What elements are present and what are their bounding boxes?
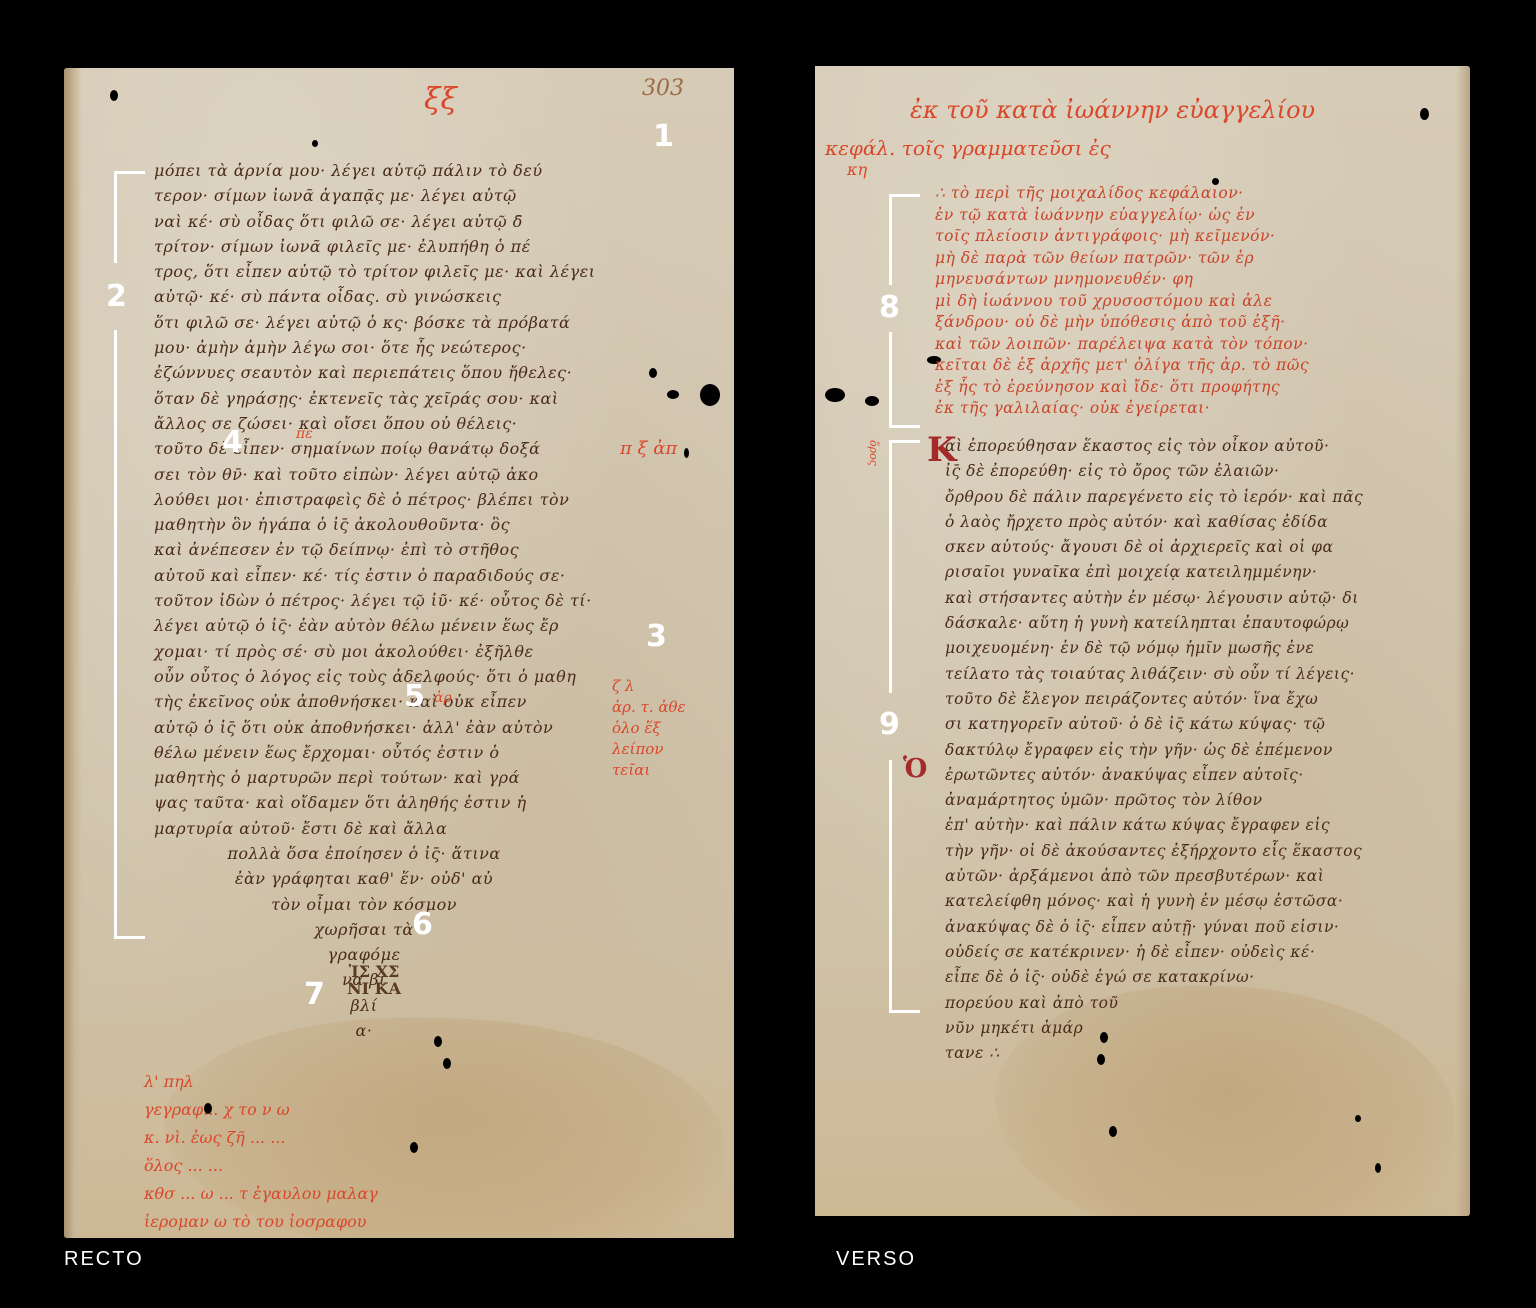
text-line: δάσκαλε· αὕτη ἡ γυνὴ κατείληπται ἐπαυτοφ… <box>945 611 1363 636</box>
wormhole <box>312 140 318 147</box>
text-line: ἐζώννυες σεαυτὸν καὶ περιεπάτεις ὅπου ἤθ… <box>154 360 596 385</box>
text-line: ἀρ. τ. ἀθε <box>612 697 686 718</box>
annotation-9: 9 <box>879 710 900 740</box>
monogram: ἸΣ ΧΣ ΝΙ ΚΑ <box>334 963 414 997</box>
text-line: ἰς̄ δὲ ἐπορεύθη· εἰς τὸ ὄρος τῶν ἐλαιῶν· <box>945 459 1363 484</box>
annotation-5: 5 <box>404 682 425 712</box>
text-line: ὅτι φιλῶ σε· λέγει αὐτῷ ὁ κς· βόσκε τὰ π… <box>154 310 596 335</box>
text-line: ∴ τὸ περὶ τῆς μοιχαλίδος κεφάλαιον· <box>935 183 1309 205</box>
text-line: λούθει μοι· ἐπιστραφεὶς δὲ ὁ πέτρος· βλέ… <box>154 487 596 512</box>
text-line: μαθητὴν ὃν ἠγάπα ὁ ἰς̄ ἀκολουθοῦντα· ὃς <box>154 512 596 537</box>
bracket-9-top <box>889 440 920 693</box>
annotation-7: 7 <box>304 980 325 1010</box>
text-line: ἄλλος σε ζώσει· καὶ οἴσει ὅπου οὐ θέλεις… <box>154 411 596 436</box>
text-line: κθσ ... ω ... τ ἐγαυλου μαλαγ <box>144 1180 378 1208</box>
text-line: καὶ τῶν λοιπῶν· παρέλειψα κατὰ τὸν τόπον… <box>935 334 1309 356</box>
text-line: ὅλος ... ... <box>144 1152 378 1180</box>
text-line: κ. νὶ. ἐως ζῆ ... ... <box>144 1124 378 1152</box>
text-line: τεῖαι <box>612 760 686 781</box>
text-line: νῦν μηκέτι ἁμάρ <box>945 1016 1363 1041</box>
main-text: μόπει τὰ ἀρνία μου· λέγει αὐτῷ πάλιν τὸ … <box>154 158 596 841</box>
main-text: αὶ ἐπορεύθησαν ἕκαστος εἰς τὸν οἶκον αὐτ… <box>945 434 1363 1066</box>
text-line: τοῖς πλείοσιν ἀντιγράφοις· μὴ κεῖμενόν· <box>935 226 1309 248</box>
verso-header-line-2: κεφάλ. τοῖς γραμματεῦσι ἐς <box>825 136 1111 160</box>
text-line: τοῦτο δὲ εἶπεν· σημαίνων ποίῳ θανάτῳ δοξ… <box>154 436 596 461</box>
text-line: ἀνακύψας δὲ ὁ ἰς̄· εἶπεν αὐτῇ· γύναι ποῦ… <box>945 915 1363 940</box>
text-line: πορεύου καὶ ἀπὸ τοῦ <box>945 991 1363 1016</box>
text-line: ἐν τῷ κατὰ ἰωάννην εὐαγγελίῳ· ὡς ἐν <box>935 205 1309 227</box>
red-inline-note: ἀρ <box>434 690 452 706</box>
text-line: ὄρθρου δὲ πάλιν παρεγένετο εἰς τὸ ἱερόν·… <box>945 485 1363 510</box>
text-line: τοῦτο δὲ ἔλεγον πειράζοντες αὐτόν· ἵνα ἔ… <box>945 687 1363 712</box>
annotation-2: 2 <box>106 282 127 312</box>
text-line: ἀναμάρτητος ὑμῶν· πρῶτος τὸν λίθον <box>945 788 1363 813</box>
text-line: αὐτῷ ὁ ἰς̄ ὅτι οὐκ ἀποθνήσκει· ἀλλ' ἐὰν … <box>154 715 596 740</box>
text-line: αὐτοῦ καὶ εἶπεν· κέ· τίς ἐστιν ὁ παραδιδ… <box>154 563 596 588</box>
bracket-8-bottom <box>889 332 920 428</box>
wormhole <box>110 90 118 101</box>
margin-note-top: π ξ ἀπ <box>620 438 677 459</box>
text-line: κεῖται δὲ ἐξ ἀρχῆς μετ' ὀλίγα τῆς ἀρ. τὸ… <box>935 355 1309 377</box>
rubricated-chapter-heading: ∴ τὸ περὶ τῆς μοιχαλίδος κεφάλαιον·ἐν τῷ… <box>935 183 1309 420</box>
wormhole <box>700 384 720 406</box>
text-line: τανε ∴ <box>945 1041 1363 1066</box>
annotation-3: 3 <box>646 622 667 652</box>
text-line: αὐτῶν· ἀρξάμενοι ἀπὸ τῶν πρεσβυτέρων· κα… <box>945 864 1363 889</box>
text-line: οὖν οὗτος ὁ λόγος εἰς τοὺς ἀδελφούς· ὅτι… <box>154 664 596 689</box>
wormhole <box>1375 1163 1381 1173</box>
text-line: τὴν γῆν· οἱ δὲ ἀκούσαντες ἐξήρχοντο εἷς … <box>945 839 1363 864</box>
text-line: μαθητὴς ὁ μαρτυρῶν περὶ τούτων· καὶ γρά <box>154 765 596 790</box>
text-line: οὐδείς σε κατέκρινεν· ἡ δὲ εἶπεν· οὐδεὶς… <box>945 940 1363 965</box>
text-line: ὁ λαὸς ἤρχετο πρὸς αὐτόν· καὶ καθίσας ἐδ… <box>945 510 1363 535</box>
text-line: τὴς ἐκεῖνος οὐκ ἀποθνήσκει· καὶ οὐκ εἶπε… <box>154 689 596 714</box>
wormhole <box>410 1142 418 1153</box>
wormhole <box>667 390 679 399</box>
monogram-line: ἸΣ ΧΣ <box>334 963 414 980</box>
text-line: μὴ δὲ παρὰ τῶν θείων πατρῶν· τῶν ἑρ <box>935 248 1309 270</box>
text-line: ἐπ' αὐτὴν· καὶ πάλιν κάτω κύψας ἔγραφεν … <box>945 813 1363 838</box>
text-line: τρος, ὅτι εἶπεν αὐτῷ τὸ τρίτον φιλεῖς με… <box>154 259 596 284</box>
text-line: ζ λ <box>612 676 686 697</box>
text-line: μὶ δὴ ἰωάννου τοῦ χρυσοστόμου καὶ ἀλε <box>935 291 1309 313</box>
page-edge <box>64 68 82 1238</box>
page-edge <box>1456 66 1470 1216</box>
monogram-line: ΝΙ ΚΑ <box>334 980 414 997</box>
text-line: λέγει αὐτῷ ὁ ἰς̄· ἐὰν αὐτὸν θέλω μένειν … <box>154 613 596 638</box>
text-line: ρισαῖοι γυναῖκα ἐπὶ μοιχείᾳ κατειλημμένη… <box>945 560 1363 585</box>
wormhole <box>684 448 689 458</box>
recto-label: RECTO <box>64 1248 144 1271</box>
text-line: χομαι· τί πρὸς σέ· σὺ μοι ἀκολούθει· ἐξῆ… <box>154 639 596 664</box>
text-line: γεγραφ... χ το ν ω <box>144 1096 378 1124</box>
bracket-2-top <box>114 171 145 263</box>
folio-number: 303 <box>642 76 684 101</box>
text-line: μηνευσάντων μνημονευθέν· φη <box>935 269 1309 291</box>
wormhole <box>1355 1115 1361 1122</box>
tapering-colophon: πολλὰ ὅσα ἐποίησεν ὁ ἰς̄· ἅτιναἐὰν γράφη… <box>154 841 574 1043</box>
wormhole <box>1109 1126 1117 1137</box>
text-line: τερον· σίμων ἰωνᾶ ἀγαπᾷς με· λέγει αὐτῷ <box>154 183 596 208</box>
text-line: τρίτον· σίμων ἰωνᾶ φιλεῖς με· ἐλυπήθη ὁ … <box>154 234 596 259</box>
text-line: αὐτῷ· κέ· σὺ πάντα οἶδας. σὺ γινώσκεις <box>154 284 596 309</box>
text-line: δακτύλῳ ἔγραφεν εἰς τὴν γῆν· ὡς δὲ ἐπέμε… <box>945 738 1363 763</box>
red-section-mark: πε <box>296 426 313 442</box>
text-line: ἐκ τῆς γαλιλαίας· οὐκ ἐγείρεται· <box>935 398 1309 420</box>
wormhole <box>1420 108 1429 120</box>
bracket-8-top <box>889 194 920 285</box>
annotation-4: 4 <box>222 428 243 458</box>
text-line: μοιχευομένη· ἐν δὲ τῷ νόμῳ ἡμῖν μωσῆς ἐν… <box>945 636 1363 661</box>
text-line: μου· ἀμὴν ἀμὴν λέγω σοι· ὅτε ἦς νεώτερος… <box>154 335 596 360</box>
wormhole <box>825 388 845 402</box>
bottom-red-notes: λ' πηλγεγραφ... χ το ν ωκ. νὶ. ἐως ζῆ ..… <box>144 1068 378 1236</box>
text-line: θέλω μένειν ἕως ἔρχομαι· οὗτός ἐστιν ὁ <box>154 740 596 765</box>
text-line: λ' πηλ <box>144 1068 378 1096</box>
annotation-1: 1 <box>653 122 674 152</box>
text-line: τοῦτον ἰδὼν ὁ πέτρος· λέγει τῷ ἰῦ· κέ· ο… <box>154 588 596 613</box>
text-line: τείλατο τὰς τοιαύτας λιθάζειν· σὺ οὖν τί… <box>945 662 1363 687</box>
text-line: ἐξ ἧς τὸ ἐρεύνησον καὶ ἴδε· ὅτι προφήτης <box>935 377 1309 399</box>
verso-label: VERSO <box>836 1248 916 1271</box>
verso-header-line-1: ἐκ τοῦ κατὰ ἰωάννην εὐαγγελίου <box>910 96 1315 124</box>
wormhole <box>443 1058 451 1069</box>
text-line: σι κατηγορεῖν αὐτοῦ· ὁ δὲ ἰς̄ κάτω κύψας… <box>945 712 1363 737</box>
text-line: ὁλο ἕξ <box>612 718 686 739</box>
text-line: σει τὸν θν̄· καὶ τοῦτο εἰπὼν· λέγει αὐτῷ… <box>154 462 596 487</box>
text-line: κατελείφθη μόνος· καὶ ἡ γυνὴ ἐν μέσῳ ἑστ… <box>945 889 1363 914</box>
text-line: μαρτυρία αὐτοῦ· ἔστι δὲ καὶ ἄλλα <box>154 816 596 841</box>
bracket-2-bottom <box>114 330 145 939</box>
wormhole <box>649 368 657 378</box>
text-line: ναὶ κέ· σὺ οἶδας ὅτι φιλῶ σε· λέγει αὐτῷ… <box>154 209 596 234</box>
margin-note: ὅρος <box>867 440 880 466</box>
text-line: μόπει τὰ ἀρνία μου· λέγει αὐτῷ πάλιν τὸ … <box>154 158 596 183</box>
text-line: ξάνδρου· οὐ δὲ μὴν ὑπόθεσις ἀπὸ τοῦ ἐξῆ· <box>935 312 1309 334</box>
bracket-9-bottom <box>889 760 920 1013</box>
text-line: α· <box>154 1018 574 1043</box>
text-line: ἱερομαν ω τὸ του ἰοσραφου <box>144 1208 378 1236</box>
text-line: καὶ ἀνέπεσεν ἐν τῷ δείπνῳ· ἐπὶ τὸ στῆθος <box>154 537 596 562</box>
annotation-6: 6 <box>412 910 433 940</box>
text-line: ὅταν δὲ γηράσῃς· ἐκτενεῖς τὰς χεῖράς σου… <box>154 386 596 411</box>
text-line: ἐὰν γράφηται καθ' ἕν· οὐδ' αὐ <box>154 866 574 891</box>
text-line: τὸν οἶμαι τὸν κόσμον <box>154 892 574 917</box>
top-rubric: ξξ <box>424 82 457 117</box>
wormhole <box>865 396 879 406</box>
text-line: πολλὰ ὅσα ἐποίησεν ὁ ἰς̄· ἅτινα <box>154 841 574 866</box>
recto-page: ξξ 303 μόπει τὰ ἀρνία μου· λέγει αὐτῷ πά… <box>64 68 734 1238</box>
verso-header-line-3: κη <box>847 160 867 179</box>
text-line: λείπον <box>612 739 686 760</box>
marginal-red-note: ζ λἀρ. τ. ἀθεὁλο ἕξλείποντεῖαι <box>612 676 686 781</box>
text-line: σκεν αὐτούς· ἄγουσι δὲ οἱ ἀρχιερεῖς καὶ … <box>945 535 1363 560</box>
text-line: ψας ταῦτα· καὶ οἴδαμεν ὅτι ἀληθής ἐστιν … <box>154 790 596 815</box>
text-line: εἶπε δὲ ὁ ἰς̄· οὐδὲ ἐγώ σε κατακρίνω· <box>945 965 1363 990</box>
text-line: αὶ ἐπορεύθησαν ἕκαστος εἰς τὸν οἶκον αὐτ… <box>945 434 1363 459</box>
text-line: καὶ στήσαντες αὐτὴν ἐν μέσῳ· λέγουσιν αὐ… <box>945 586 1363 611</box>
annotation-8: 8 <box>879 293 900 323</box>
text-line: χωρῆσαι τὰ <box>154 917 574 942</box>
text-line: ἐρωτῶντες αὐτόν· ἀνακύψας εἶπεν αὐτοῖς· <box>945 763 1363 788</box>
